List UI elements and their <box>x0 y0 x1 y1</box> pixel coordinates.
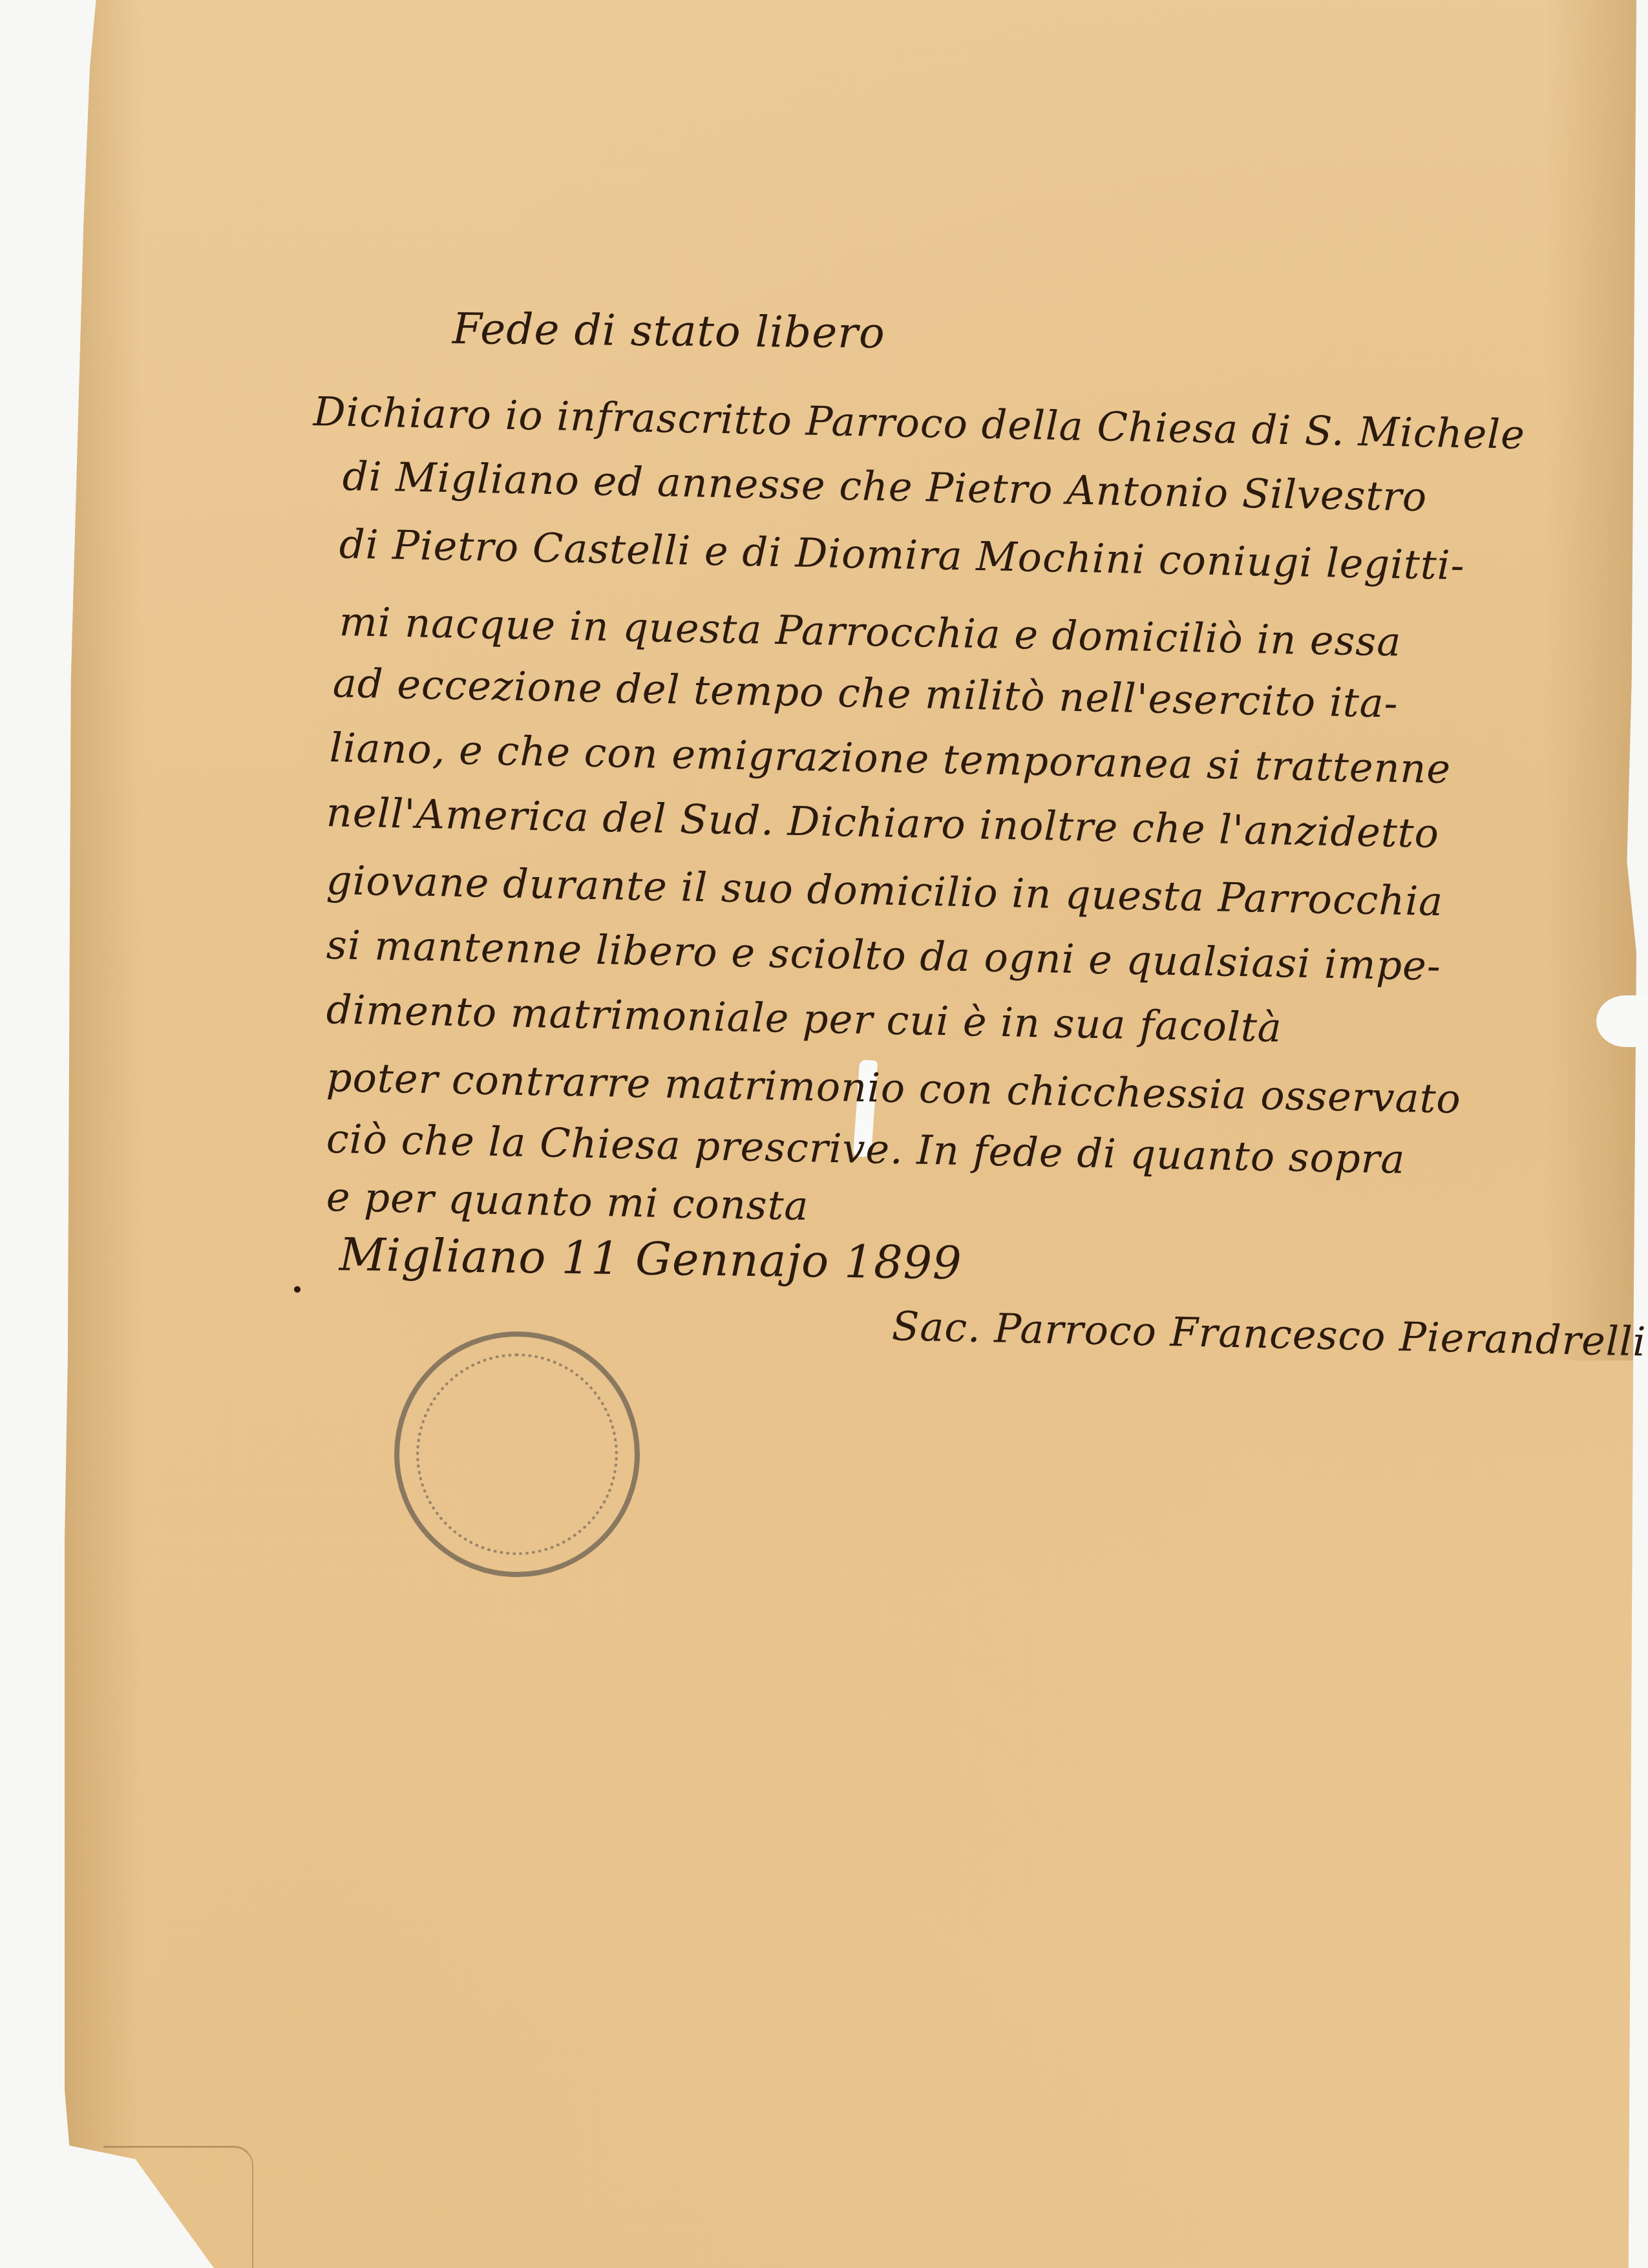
paper-tear-edge <box>1596 995 1648 1047</box>
stamp-inner-ring <box>416 1353 618 1555</box>
document-title: Fede di stato libero <box>452 304 885 358</box>
parish-seal-stamp <box>394 1331 640 1577</box>
folded-corner <box>103 2146 253 2268</box>
body-line-13: e per quanto mi consta <box>326 1173 809 1229</box>
ink-dot <box>294 1286 301 1293</box>
place-and-date: Migliano 11 Gennajo 1899 <box>339 1228 962 1289</box>
